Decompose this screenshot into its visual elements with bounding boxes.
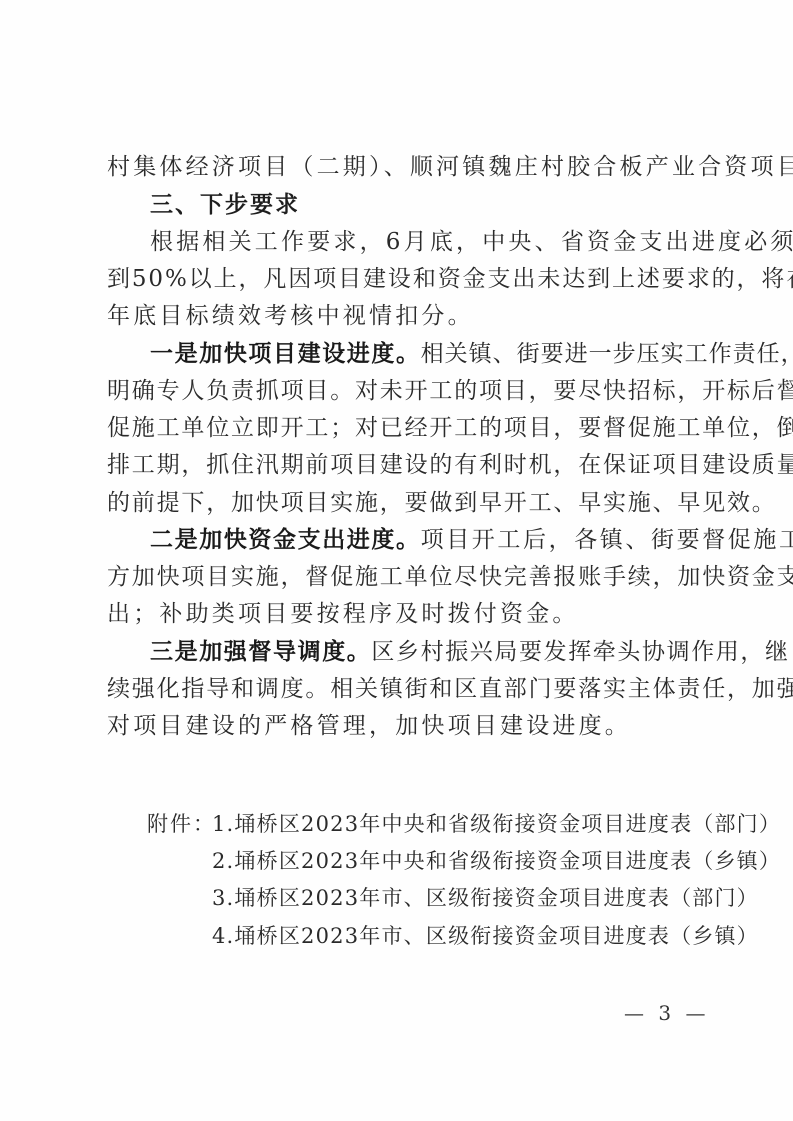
item-3-line-3: 对项目建设的严格管理，加快项目建设进度。 xyxy=(107,711,697,741)
item-1-line-2: 明确专人负责抓项目。对未开工的项目，要尽快招标，开标后督 xyxy=(107,376,697,406)
intro-line-1: 根据相关工作要求，6月底，中央、省资金支出进度必须达 xyxy=(150,227,740,257)
intro-line-3: 年底目标绩效考核中视情扣分。 xyxy=(107,301,697,331)
item-3-lead: 三是加强督导调度。 xyxy=(150,638,371,665)
attachment-1: 1.埇桥区2023年中央和省级衔接资金项目进度表（部门） xyxy=(212,809,781,839)
item-1-first-line: 一是加快项目建设进度。相关镇、街要进一步压实工作责任， xyxy=(150,339,740,369)
attachment-3: 3.埇桥区2023年市、区级衔接资金项目进度表（部门） xyxy=(212,883,759,913)
attachment-2: 2.埇桥区2023年中央和省级衔接资金项目进度表（乡镇） xyxy=(212,846,781,876)
attachments-label: 附件： xyxy=(147,809,216,839)
item-1-line-5: 的前提下，加快项目实施，要做到早开工、早实施、早见效。 xyxy=(107,488,697,518)
item-3-first-line-rest: 区乡村振兴局要发挥牵头协调作用，继 xyxy=(371,639,789,665)
item-1-lead: 一是加快项目建设进度。 xyxy=(150,340,421,367)
item-1-first-line-rest: 相关镇、街要进一步压实工作责任， xyxy=(421,341,793,367)
page-number: — 3 — xyxy=(624,998,709,1028)
item-2-line-3: 出；补助类项目要按程序及时拨付资金。 xyxy=(107,599,697,629)
item-3-line-2: 续强化指导和调度。相关镇街和区直部门要落实主体责任，加强 xyxy=(107,674,697,704)
section-heading: 三、下步要求 xyxy=(150,190,740,220)
item-2-first-line: 二是加快资金支出进度。项目开工后，各镇、街要督促施工 xyxy=(150,525,740,555)
continuation-line: 村集体经济项目（二期）、顺河镇魏庄村胶合板产业合资项目。 xyxy=(107,152,697,182)
item-1-line-4: 排工期，抓住汛期前项目建设的有利时机，在保证项目建设质量 xyxy=(107,450,697,480)
document-page: 村集体经济项目（二期）、顺河镇魏庄村胶合板产业合资项目。 三、下步要求 根据相关… xyxy=(0,0,793,1121)
attachment-4: 4.埇桥区2023年市、区级衔接资金项目进度表（乡镇） xyxy=(212,921,759,951)
intro-line-2: 到50%以上，凡因项目建设和资金支出未达到上述要求的，将在 xyxy=(107,264,697,294)
item-1-line-3: 促施工单位立即开工；对已经开工的项目，要督促施工单位，倒 xyxy=(107,413,697,443)
item-2-line-2: 方加快项目实施，督促施工单位尽快完善报账手续，加快资金支 xyxy=(107,562,697,592)
item-2-lead: 二是加快资金支出进度。 xyxy=(150,526,421,553)
item-2-first-line-rest: 项目开工后，各镇、街要督促施工 xyxy=(421,527,793,553)
item-3-first-line: 三是加强督导调度。区乡村振兴局要发挥牵头协调作用，继 xyxy=(150,637,740,667)
